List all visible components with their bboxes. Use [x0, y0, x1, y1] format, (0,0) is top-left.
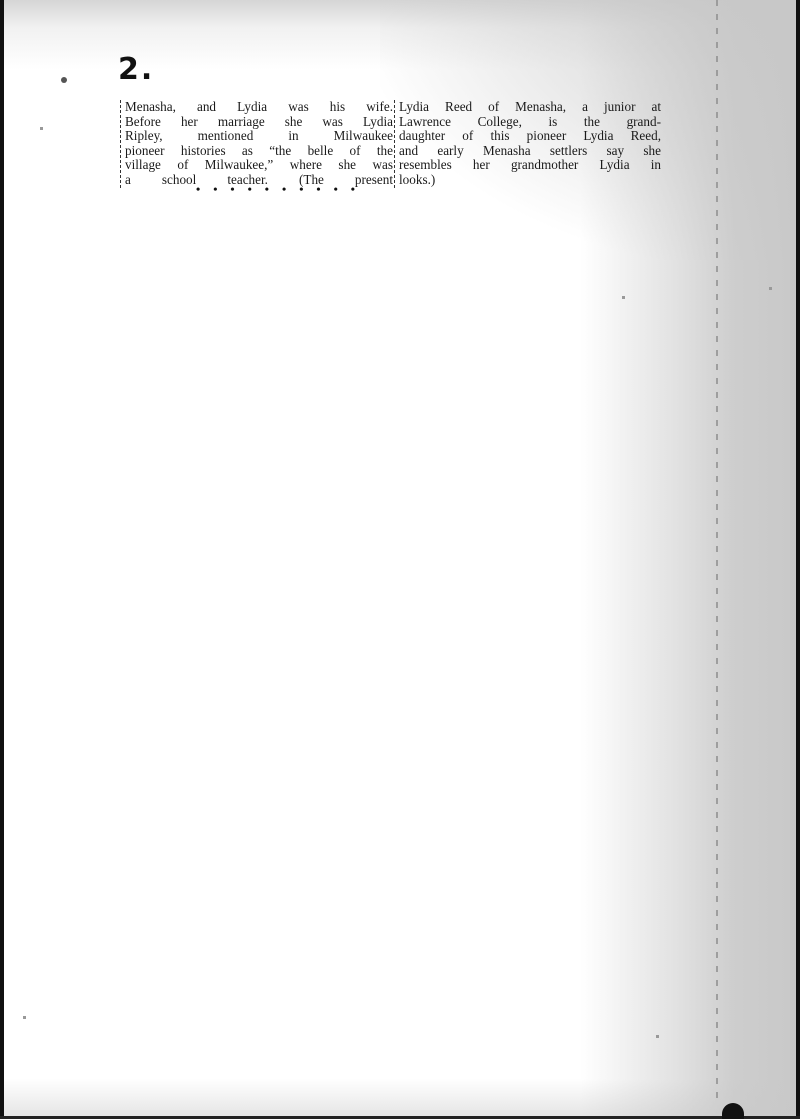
text-line: Lawrence College, is the grand-	[399, 115, 661, 130]
scan-right-border	[796, 0, 800, 1119]
bullet-mark	[61, 77, 67, 83]
text-line: Before her marriage she was Lydia	[125, 115, 393, 130]
ink-blot	[722, 1103, 744, 1119]
handwritten-page-number: 2.	[118, 52, 154, 87]
scan-speck	[23, 1016, 26, 1019]
text-line: Ripley, mentioned in Milwaukee	[125, 129, 393, 144]
clipping-left-column: Menasha, and Lydia was his wife. Before …	[120, 100, 393, 188]
scan-speck	[656, 1035, 659, 1038]
page-fold-line	[716, 0, 718, 1105]
stray-print-dots: • • • • • • • • • •	[196, 182, 360, 197]
text-line: village of Milwaukee,” where she was	[125, 158, 393, 173]
text-line: Lydia Reed of Menasha, a junior at	[399, 100, 661, 115]
text-line: resembles her grandmother Lydia in	[399, 158, 661, 173]
clipping-right-column: Lydia Reed of Menasha, a junior at Lawre…	[394, 100, 661, 188]
scan-speck	[622, 296, 625, 299]
scan-shading-bottom	[0, 1079, 800, 1119]
text-line: and early Menasha settlers say she	[399, 144, 661, 159]
text-line: looks.)	[399, 173, 661, 188]
text-line: daughter of this pioneer Lydia Reed,	[399, 129, 661, 144]
scan-left-border	[0, 0, 4, 1119]
text-line: Menasha, and Lydia was his wife.	[125, 100, 393, 115]
text-line: pioneer histories as “the belle of the	[125, 144, 393, 159]
scan-speck	[40, 127, 43, 130]
scan-speck	[769, 287, 772, 290]
